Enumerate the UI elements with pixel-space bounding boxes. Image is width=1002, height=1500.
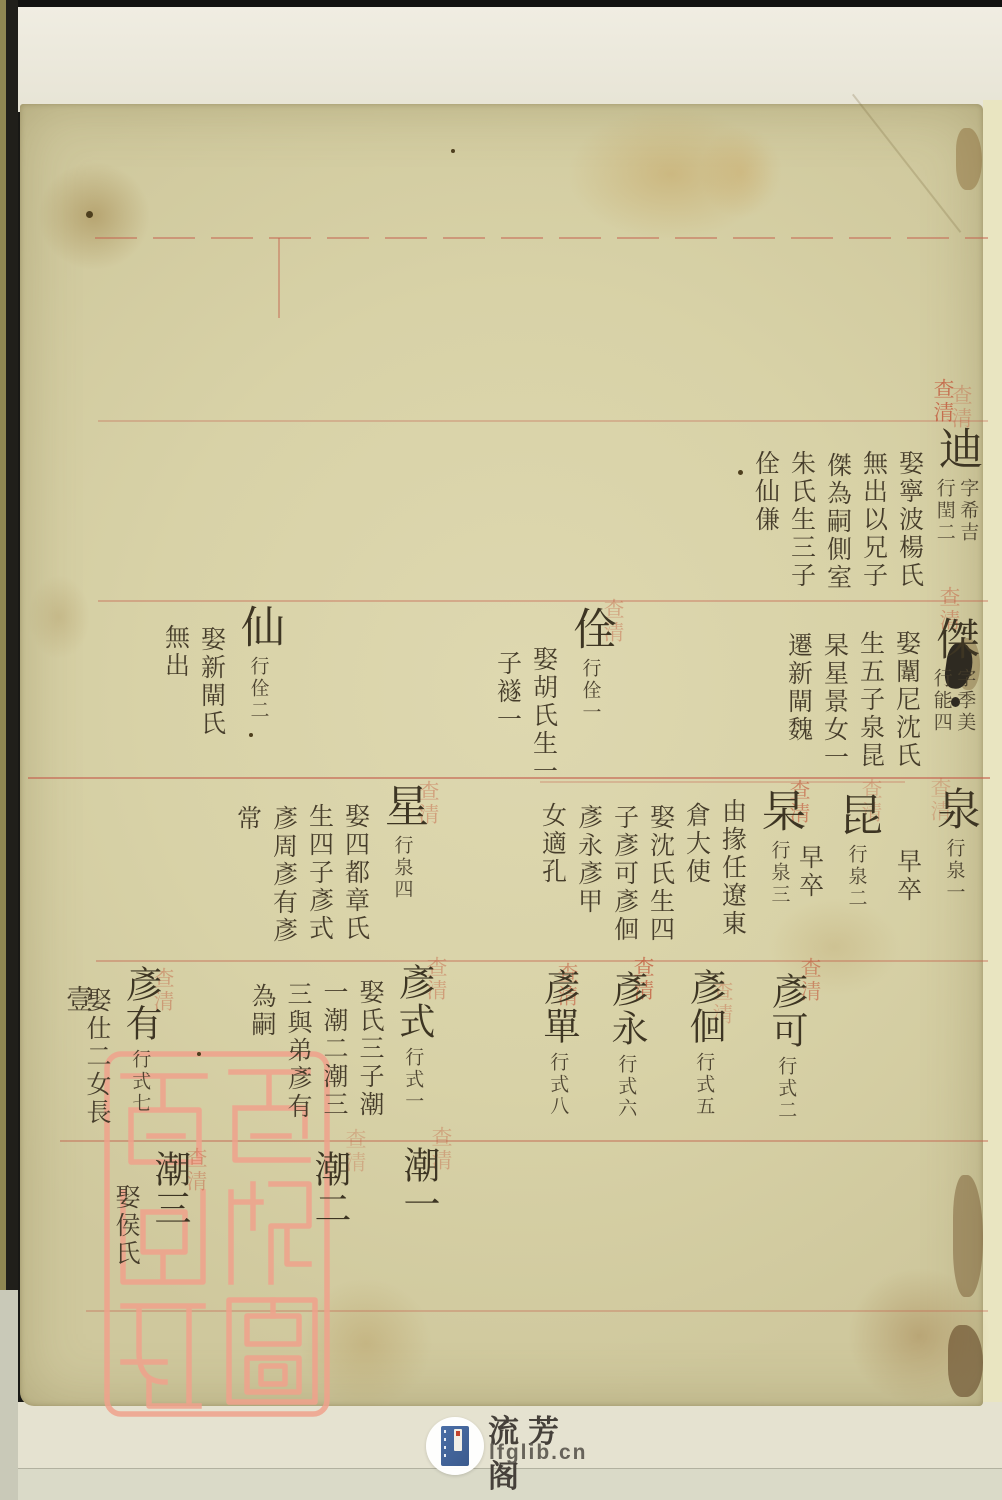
entry-rank: 行泉四 xyxy=(392,835,413,901)
genealogy-entry: 彥佪行式五 xyxy=(684,968,724,1118)
entry-detail-column: 娶四都章氏 xyxy=(342,803,369,943)
book-stitching xyxy=(444,1430,446,1462)
genealogy-entry: 潮二 xyxy=(309,1150,349,1228)
genealogy-entry: 潮一 xyxy=(398,1146,438,1224)
entry-detail-column: 娶闈尼沈氏 xyxy=(893,630,920,770)
entry-name: 傑 xyxy=(929,616,977,662)
entry-subcolumns: 行式二 xyxy=(776,1056,797,1122)
entry-detail-column: 女適孔 xyxy=(539,802,566,886)
backing-sheet-right xyxy=(983,100,1002,1410)
entry-rank: 行式二 xyxy=(776,1056,797,1122)
entry-rank: 行能四 xyxy=(931,668,952,734)
entry-head: 彥可行式二 xyxy=(766,972,806,1122)
genealogy-entry: 杲行泉三由掾任遼東倉大使娶沈氏生四子彥可彥佪彥永彥甲女適孔 xyxy=(539,788,803,944)
entry-head: 昆行泉二 xyxy=(832,792,880,910)
entry-detail-column: 無出 xyxy=(162,624,189,680)
entry-head: 彥有行式七 xyxy=(120,965,160,1115)
entry-detail-column: 娶氏三子潮 xyxy=(357,979,384,1119)
entry-name: 彥永 xyxy=(606,970,646,1048)
entry-head: 彥式行式一 xyxy=(393,963,433,1113)
entry-subcolumns: 行泉四 xyxy=(392,835,413,901)
entry-rank: 行式六 xyxy=(616,1054,637,1120)
entry-detail-column: 娶新閘氏 xyxy=(198,626,225,738)
genealogy-entry: 昆行泉二早卒 xyxy=(796,792,880,910)
entry-subcolumns: 行式五 xyxy=(694,1052,715,1118)
entry-rank: 行式五 xyxy=(694,1052,715,1118)
entry-rank: 行式一 xyxy=(403,1047,424,1113)
entry-subcolumns: 行式七 xyxy=(130,1049,151,1115)
entry-detail-column: 娶沈氏生四 xyxy=(647,804,674,944)
entry-name: 彥佪 xyxy=(684,968,724,1046)
entry-head: 彥佪行式五 xyxy=(684,968,724,1118)
entry-detail-column: 娶仕二女長 xyxy=(84,987,111,1127)
genealogy-entry: 彥單行式八 xyxy=(538,968,578,1118)
entry-name: 杲 xyxy=(755,788,803,834)
entry-detail-column: 生四子彥式 xyxy=(306,803,333,943)
genealogy-entry: 彥永行式六 xyxy=(606,970,646,1120)
entry-detail-column: 娶侯氏 xyxy=(113,1184,140,1268)
entry-subcolumns: 字希吉行閏二 xyxy=(934,478,978,544)
genealogy-entry: 彥有行式七娶仕二女長 xyxy=(84,965,160,1127)
entry-detail-column: 傑為嗣側室 xyxy=(824,452,851,592)
register-line xyxy=(96,960,988,962)
entry-name: 彥可 xyxy=(766,972,806,1050)
entry-subcolumns: 行泉三 xyxy=(769,840,790,906)
entry-name: 潮一 xyxy=(398,1146,438,1224)
entry-detail-column: 為嗣 xyxy=(249,983,276,1039)
entry-head: 佺行佺一 xyxy=(566,606,614,724)
entry-head: 傑字季美行能四 xyxy=(929,616,977,734)
watermark-site-url: lfglib.cn xyxy=(489,1441,588,1465)
entry-subcolumns: 行式八 xyxy=(548,1052,569,1118)
entry-courtesy-name: 字季美 xyxy=(955,668,976,734)
entry-detail-column: 三與弟彥有 xyxy=(285,981,312,1121)
entry-detail-column: 常 xyxy=(234,805,261,833)
genealogy-entry: 潮三娶侯氏 xyxy=(113,1150,189,1268)
book-slip-seal xyxy=(456,1431,460,1436)
entry-detail-column: 由掾任遼東 xyxy=(719,798,746,938)
ink-speck xyxy=(86,211,93,218)
register-line xyxy=(95,237,988,239)
entry-detail-column: 倉大使 xyxy=(683,802,710,886)
entry-name: 潮二 xyxy=(309,1150,349,1228)
register-line-tick xyxy=(278,238,280,318)
entry-subcolumns: 行泉一 xyxy=(944,838,965,904)
genealogy-entry: 星行泉四娶四都章氏生四子彥式彥周彥有彥常 xyxy=(234,783,426,945)
register-line xyxy=(98,600,988,602)
entry-name: 佺 xyxy=(566,606,614,652)
entry-subcolumns: 行佺一 xyxy=(580,658,601,724)
entry-detail-column: 遷新閘魏 xyxy=(785,632,812,744)
scanned-page: 壹 流芳阁 lfglib.cn 查清查清查清查清查清查清查清查清查清查清查清查清… xyxy=(0,0,1002,1500)
entry-rank: 行泉二 xyxy=(846,844,867,910)
entry-name: 彥單 xyxy=(538,968,578,1046)
entry-detail-column: 娶胡氏生一 xyxy=(530,646,557,786)
entry-subcolumns: 行式六 xyxy=(616,1054,637,1120)
entry-rank: 行泉三 xyxy=(769,840,790,906)
entry-detail-column: 佺仙傔 xyxy=(752,450,779,534)
scan-left-edge-bottom xyxy=(0,1290,18,1500)
entry-detail-column: 朱氏生三子 xyxy=(788,450,815,590)
entry-rank: 行佺一 xyxy=(580,658,601,724)
genealogy-entry: 佺行佺一娶胡氏生一子襚一 xyxy=(494,606,614,786)
entry-detail-column: 彥永彥甲 xyxy=(575,804,602,916)
audit-stamp: 查清 xyxy=(950,384,971,430)
entry-name: 昆 xyxy=(832,792,880,838)
entry-rank: 行泉一 xyxy=(944,838,965,904)
watermark-circle xyxy=(426,1417,484,1475)
entry-head: 星行泉四 xyxy=(378,783,426,901)
entry-head: 彥永行式六 xyxy=(606,970,646,1120)
scan-left-edge xyxy=(0,0,18,1290)
entry-head: 潮三 xyxy=(149,1150,189,1228)
entry-detail-column: 一潮二潮三 xyxy=(321,979,348,1119)
entry-head: 迪字希吉行閏二 xyxy=(932,426,980,544)
entry-name: 星 xyxy=(378,783,426,829)
entry-head: 潮二 xyxy=(309,1150,349,1228)
entry-rank: 行閏二 xyxy=(934,478,955,544)
genealogy-entry: 彥可行式二 xyxy=(766,972,806,1122)
ink-speck xyxy=(738,470,743,475)
entry-detail-column: 杲星景女一 xyxy=(821,632,848,772)
entry-name: 迪 xyxy=(932,426,980,472)
entry-head: 彥單行式八 xyxy=(538,968,578,1118)
entry-name: 彥式 xyxy=(393,963,433,1041)
entry-rank: 行式八 xyxy=(548,1052,569,1118)
ink-speck xyxy=(451,149,455,153)
entry-name: 彥有 xyxy=(120,965,160,1043)
entry-head: 潮一 xyxy=(398,1146,438,1224)
genealogy-entry: 傑字季美行能四娶闈尼沈氏生五子泉昆杲星景女一遷新閘魏 xyxy=(785,616,977,772)
genealogy-entry: 仙行佺二娶新閘氏無出 xyxy=(162,604,282,738)
entry-head: 杲行泉三 xyxy=(755,788,803,906)
entry-courtesy-name: 字希吉 xyxy=(958,478,979,544)
thread-bound-book-icon xyxy=(441,1426,469,1466)
genealogy-entry: 迪字希吉行閏二娶寧波楊氏無出以兄子傑為嗣側室朱氏生三子佺仙傔 xyxy=(752,426,980,592)
entry-head: 泉行泉一 xyxy=(930,786,978,904)
genealogy-entry: 彥式行式一娶氏三子潮一潮二潮三三與弟彥有為嗣 xyxy=(249,963,433,1121)
entry-detail-column: 無出以兄子 xyxy=(860,450,887,590)
register-line xyxy=(98,420,988,422)
entry-detail-column: 娶寧波楊氏 xyxy=(896,450,923,590)
entry-rank: 行佺二 xyxy=(248,656,269,722)
entry-detail-column: 早卒 xyxy=(894,848,921,904)
genealogy-entry: 泉行泉一早卒 xyxy=(894,786,978,904)
entry-name: 泉 xyxy=(930,786,978,832)
entry-detail-column: 子彥可彥佪 xyxy=(611,804,638,944)
entry-subcolumns: 行泉二 xyxy=(846,844,867,910)
entry-detail-column: 子襚一 xyxy=(494,650,521,734)
ink-speck xyxy=(197,1052,201,1056)
entry-detail-column: 彥周彥有彥 xyxy=(270,805,297,945)
entry-rank: 行式七 xyxy=(130,1049,151,1115)
entry-subcolumns: 字季美行能四 xyxy=(931,668,975,734)
entry-subcolumns: 行佺二 xyxy=(248,656,269,722)
entry-detail-column: 生五子泉昆 xyxy=(857,630,884,770)
site-watermark: 流芳阁 lfglib.cn xyxy=(400,1400,600,1490)
entry-name: 仙 xyxy=(234,604,282,650)
entry-head: 仙行佺二 xyxy=(234,604,282,722)
entry-subcolumns: 行式一 xyxy=(403,1047,424,1113)
entry-name: 潮三 xyxy=(149,1150,189,1228)
